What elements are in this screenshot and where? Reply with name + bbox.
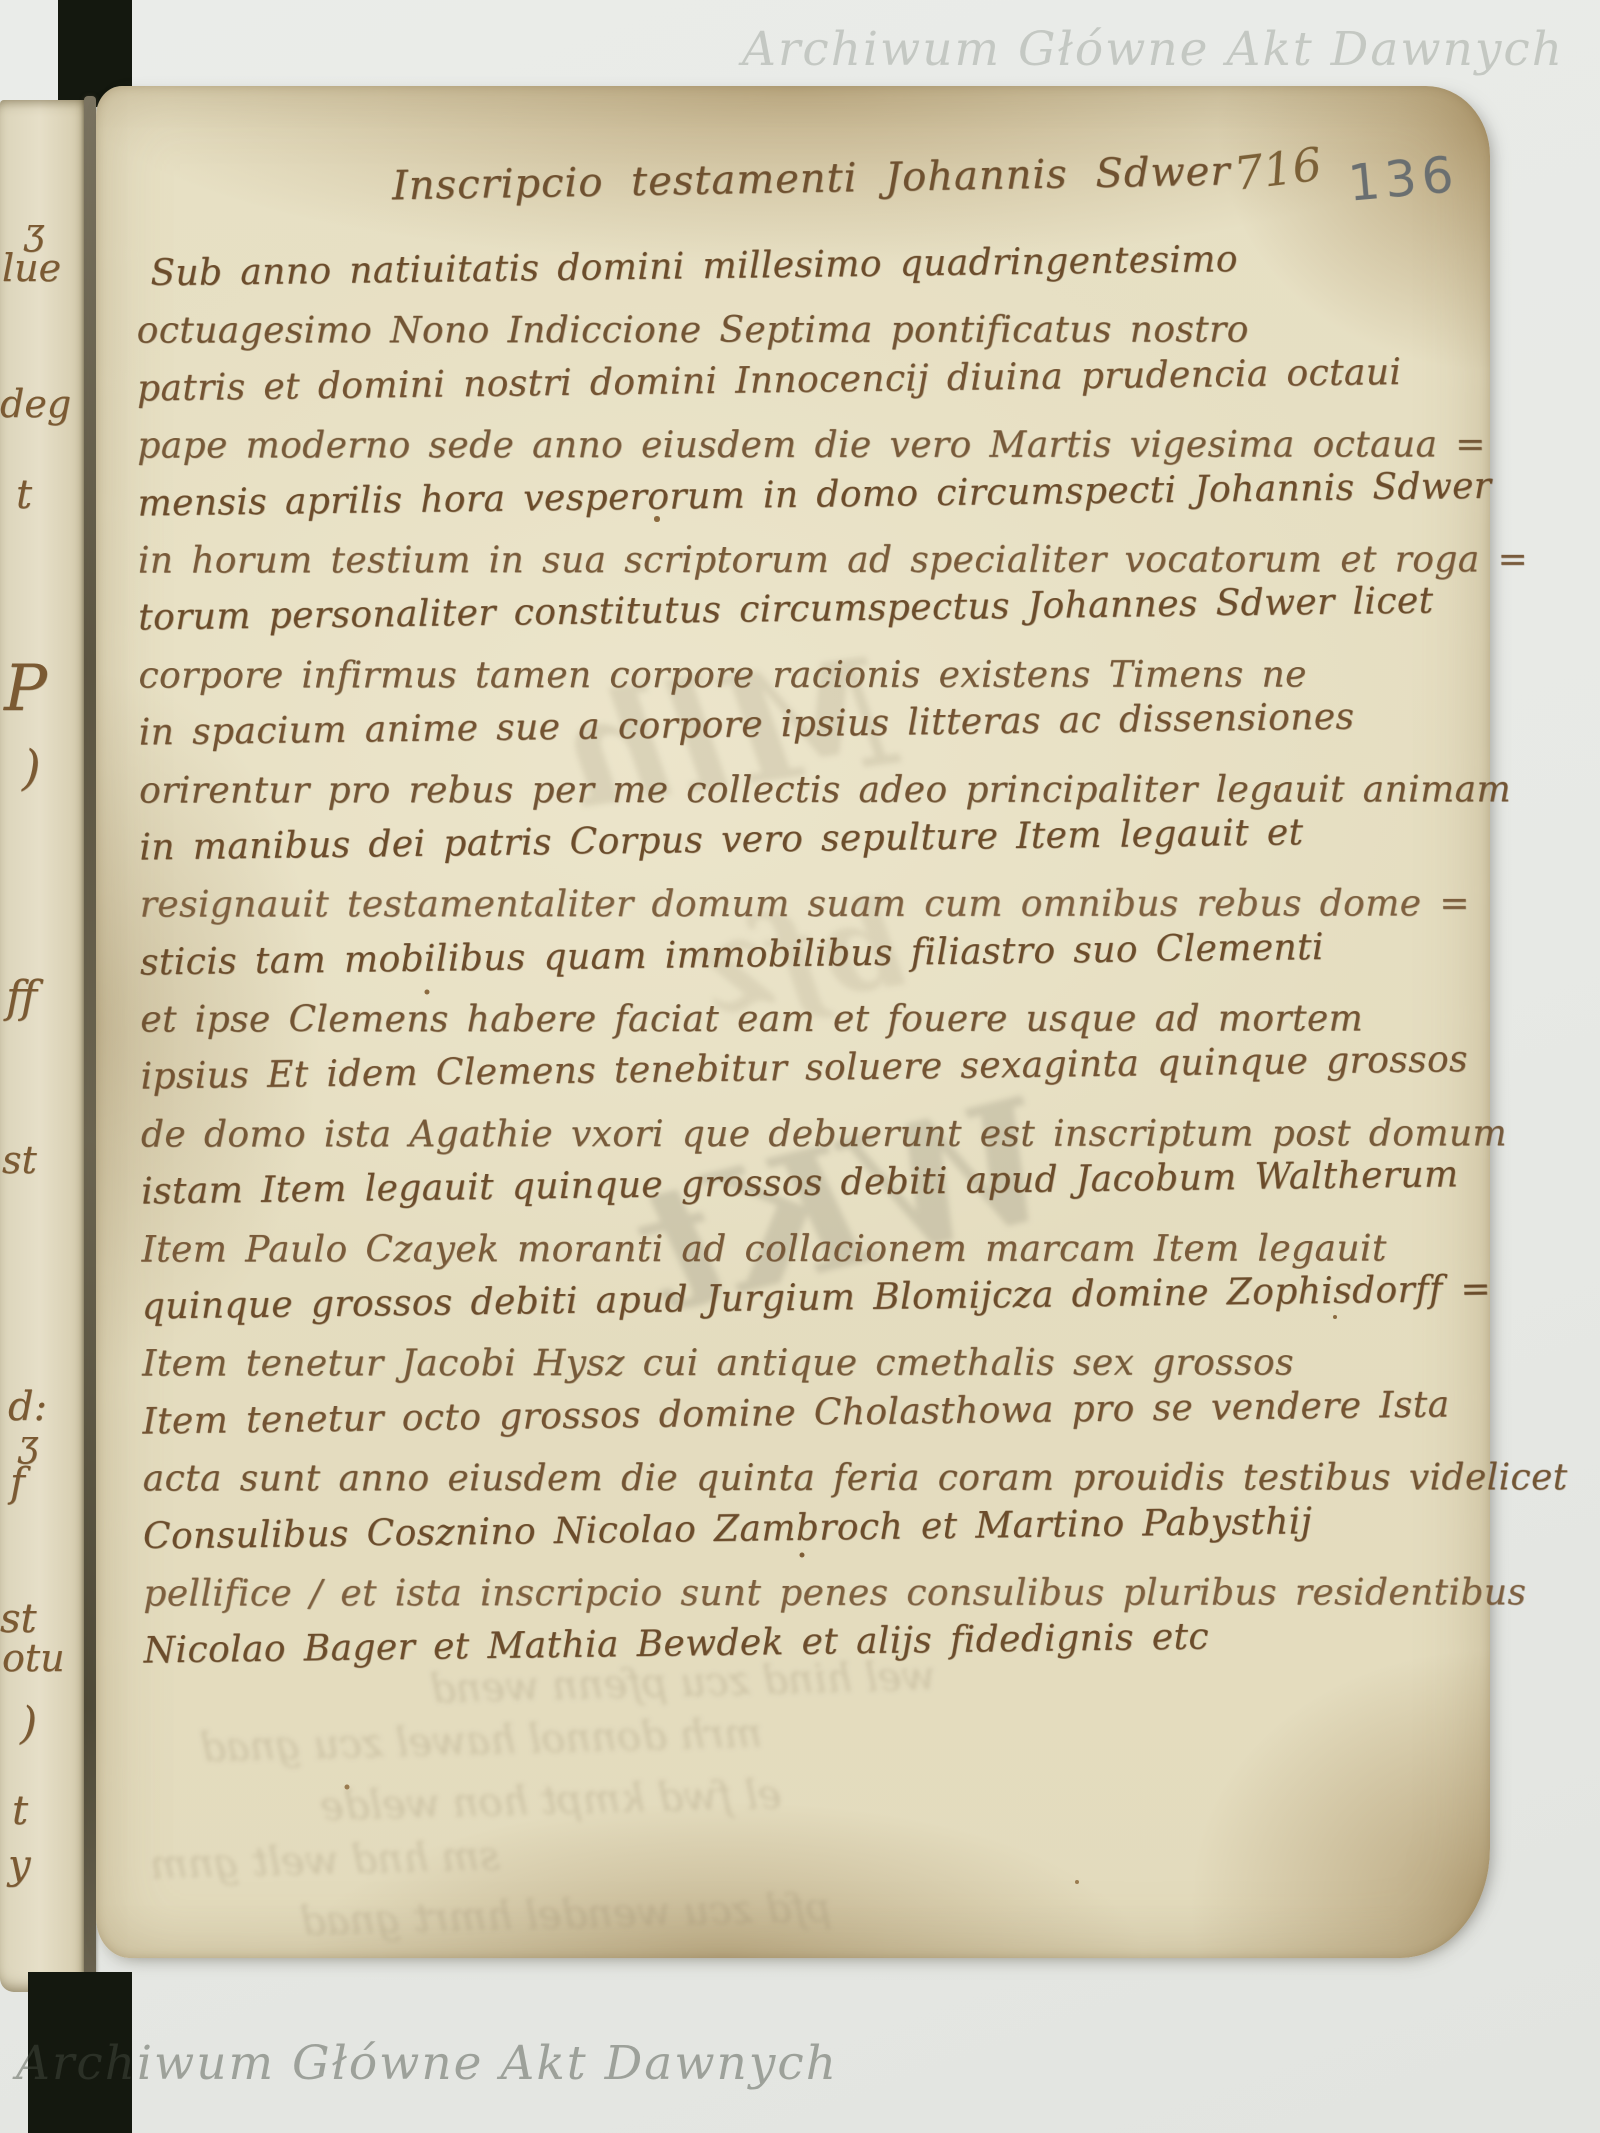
folio-number-ink: 716 <box>1231 137 1325 201</box>
show-through-ghost-line: pfd zcu wendel hmrt gnad <box>299 1885 832 1945</box>
ink-specks <box>96 86 98 88</box>
margin-text-fragment: ) <box>22 740 41 796</box>
archival-scan: Archiwum Główne Akt Dawnych ʒ lue deg t … <box>0 0 1600 2133</box>
margin-text-fragment: f <box>10 1460 25 1506</box>
archive-watermark-top: Archiwum Główne Akt Dawnych <box>742 22 1564 77</box>
margin-text-fragment: st <box>2 1138 37 1182</box>
margin-text-fragment: lue <box>2 246 61 290</box>
show-through-ghost-line: mrh donnol hawel zcu gnad <box>199 1711 762 1772</box>
margin-text-fragment: y <box>8 1842 31 1888</box>
show-through-ghost-line: sm hnd welt gnm <box>149 1833 500 1888</box>
margin-text-fragment: t <box>16 472 32 518</box>
manuscript-heading: Inscripcio testamenti Johannis Sdwer <box>392 149 1231 210</box>
archive-watermark-bottom: Archiwum Główne Akt Dawnych <box>16 2036 838 2091</box>
margin-text-fragment: otu <box>2 1636 65 1680</box>
manuscript-page: Mlh WKt bfz 716 136 Inscripcio testament… <box>96 86 1490 1958</box>
show-through-ghost-line: el fwd kmpt hon welde <box>319 1772 781 1830</box>
margin-text-fragment: ) <box>20 1698 37 1749</box>
previous-page-edge: ʒ lue deg t P ) ff st d: ʒ f st otu ) t … <box>0 100 88 1992</box>
margin-text-fragment: ʒ <box>18 1424 38 1465</box>
margin-text-fragment: P <box>4 652 47 726</box>
folio-number-pencil: 136 <box>1346 145 1461 212</box>
manuscript-line: Sub anno natiuitatis domini millesimo qu… <box>136 228 1482 303</box>
binding-gutter-seam <box>84 96 96 1992</box>
margin-text-fragment: t <box>12 1788 28 1834</box>
margin-text-fragment: ff <box>6 972 37 1023</box>
manuscript-text-block: Sub anno natiuitatis domini millesimo qu… <box>136 238 1488 1680</box>
margin-text-fragment: deg <box>0 382 71 426</box>
